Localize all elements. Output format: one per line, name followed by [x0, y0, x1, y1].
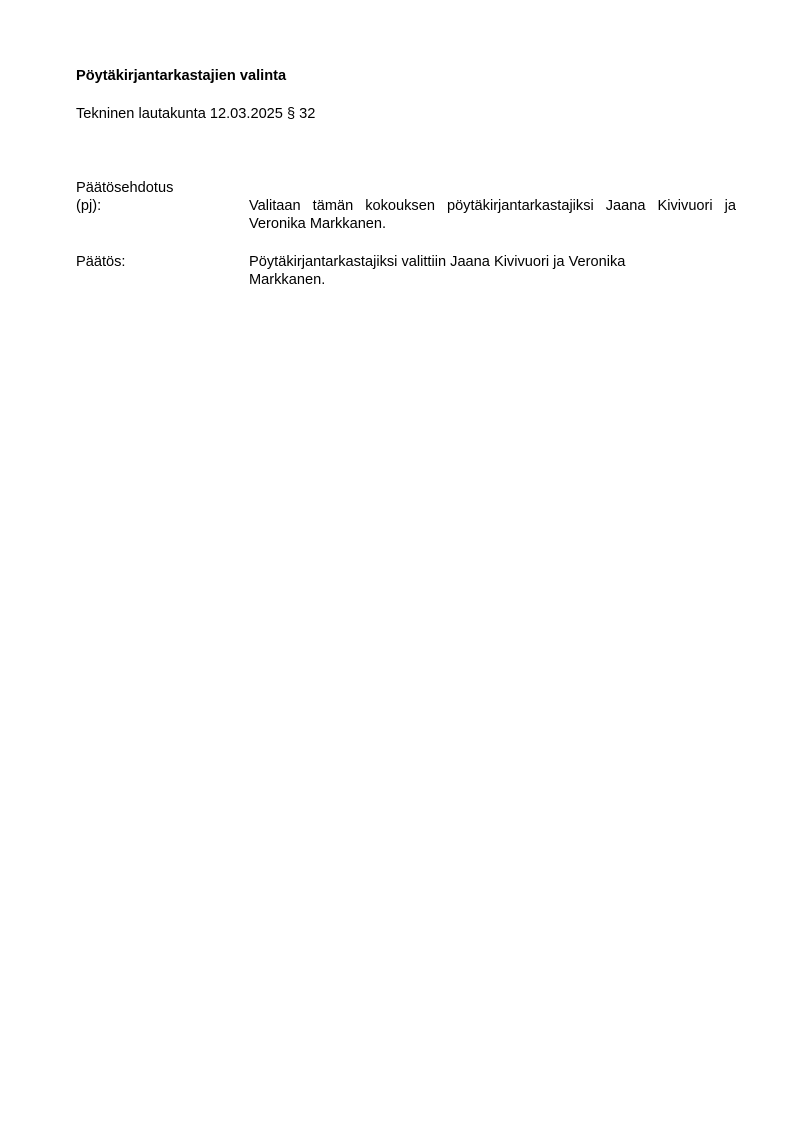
decision-proposal-text: Valitaan tämän kokouksen pöytäkirjantark… [249, 179, 736, 233]
decision-text: Pöytäkirjantarkastajiksi valittiin Jaana… [249, 253, 669, 289]
document-title: Pöytäkirjantarkastajien valinta [76, 68, 286, 84]
decision-proposal-section: Päätösehdotus (pj): Valitaan tämän kokou… [76, 179, 736, 233]
decision-proposal-label: Päätösehdotus (pj): [76, 179, 249, 233]
meeting-line: Tekninen lautakunta 12.03.2025 § 32 [76, 106, 315, 122]
decision-label: Päätös: [76, 253, 249, 289]
decision-section: Päätös: Pöytäkirjantarkastajiksi valitti… [76, 253, 736, 289]
